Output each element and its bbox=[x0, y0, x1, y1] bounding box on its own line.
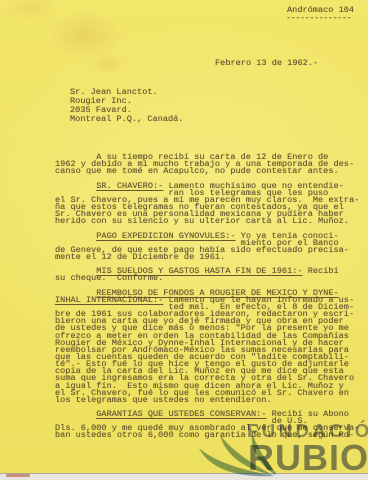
reference-underline: -------------- bbox=[286, 13, 351, 23]
watermark-rubio-text: RUBIO bbox=[248, 437, 368, 479]
body-line: los telegramas que ustedes no entendiero… bbox=[55, 397, 359, 404]
scanned-letter-page: { "letterhead": { "ref": "Andrómaco 104"… bbox=[0, 0, 368, 480]
letter-body: A su tiempo recibí su carta de 12 de Ene… bbox=[55, 154, 359, 440]
body-line: herido con su silencio y su ulterior car… bbox=[55, 218, 359, 225]
scan-edge-mark bbox=[6, 474, 30, 477]
body-line: su cheque. Conforme. bbox=[55, 275, 359, 282]
letter-date: Febrero 13 de 1962.- bbox=[215, 58, 318, 68]
body-line: mente el 12 de Diciembre de 1961. bbox=[55, 254, 359, 261]
recipient-address-block: Sr. Jean Lanctot. Rougier Inc. 2035 Fava… bbox=[70, 88, 183, 124]
body-line: canso que me tomé en Acapulco, no pude c… bbox=[55, 168, 359, 175]
recipient-city: Montreal P.Q., Canadá. bbox=[70, 115, 183, 124]
